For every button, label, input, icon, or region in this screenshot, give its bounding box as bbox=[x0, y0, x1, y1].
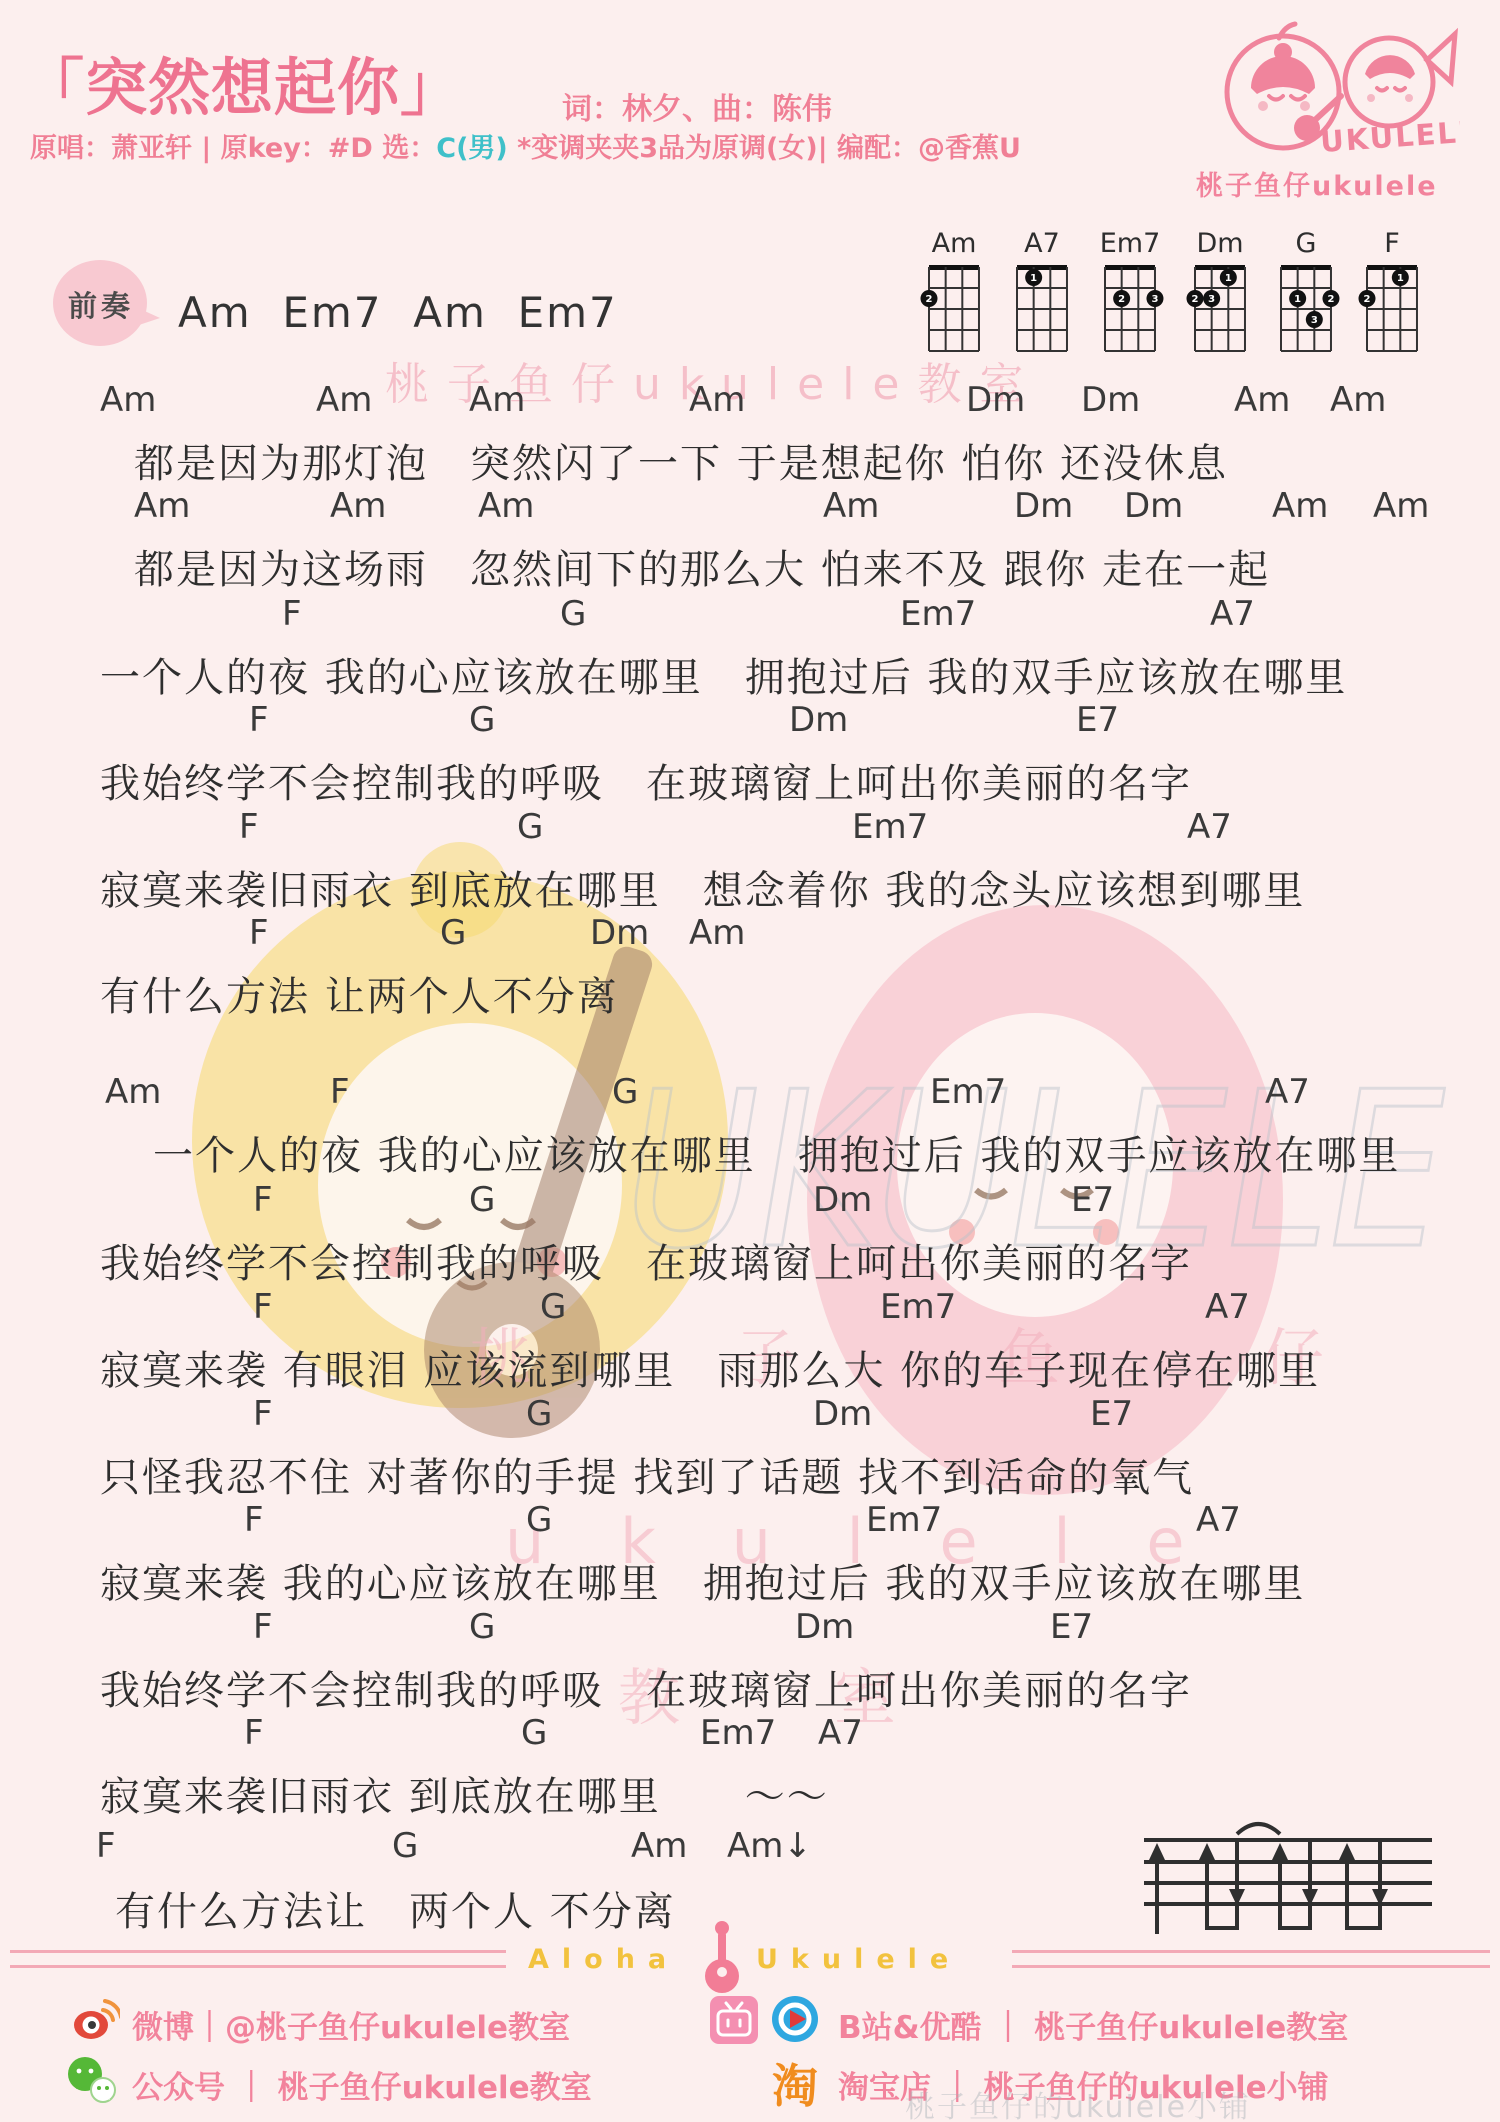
divider-line-left bbox=[10, 1950, 506, 1968]
chord-E7: E7 bbox=[1071, 1180, 1114, 1220]
chord-G: G bbox=[540, 1287, 566, 1327]
studio-logo: UKULELE bbox=[1205, 12, 1460, 162]
chord-A7: A7 bbox=[1187, 807, 1232, 847]
divider-ukulele-icon bbox=[700, 1920, 744, 1996]
chord-Am: Am bbox=[689, 913, 745, 953]
youku-icon bbox=[770, 1994, 820, 2044]
chord-A7: A7 bbox=[1210, 594, 1255, 634]
chord-G: G bbox=[521, 1713, 547, 1753]
chord-F: F bbox=[253, 1394, 273, 1434]
chord-Am: Am bbox=[823, 486, 879, 526]
chord-A7: A7 bbox=[1205, 1287, 1250, 1327]
chord-diagram-A7: A71 bbox=[1004, 228, 1080, 361]
fretboard-grid: 12 bbox=[1354, 261, 1430, 357]
chord-F: F bbox=[253, 1287, 273, 1327]
chord-F: F bbox=[249, 700, 269, 740]
lyric-line: 我始终学不会控制我的呼吸 在玻璃窗上呵出你美丽的名字 bbox=[100, 752, 1192, 809]
fretboard-grid: 123 bbox=[1268, 261, 1344, 357]
fretboard-grid: 23 bbox=[1092, 261, 1168, 357]
chord-G: G bbox=[517, 807, 543, 847]
svg-text:2: 2 bbox=[1327, 294, 1334, 305]
title-credits: 词：林夕、曲：陈伟 bbox=[562, 84, 832, 128]
lyric-line: 寂寞来袭旧雨衣 到底放在哪里 ～～ bbox=[100, 1765, 829, 1822]
weibo-icon bbox=[70, 1994, 120, 2044]
chord-diagram-label: F bbox=[1354, 228, 1430, 259]
chord-Em7: Em7 bbox=[866, 1500, 942, 1540]
chord-E7: E7 bbox=[1076, 700, 1119, 740]
chord-G: G bbox=[440, 913, 466, 953]
lyric-line: 寂寞来袭 我的心应该放在哪里 拥抱过后 我的双手应该放在哪里 bbox=[100, 1552, 1305, 1609]
chord-G: G bbox=[526, 1394, 552, 1434]
chord-Am↓: Am↓ bbox=[727, 1826, 812, 1866]
chord-Em7: Em7 bbox=[880, 1287, 956, 1327]
chord-G: G bbox=[469, 700, 495, 740]
chord-F: F bbox=[96, 1826, 116, 1866]
chord-diagram-F: F12 bbox=[1354, 228, 1430, 361]
chord-Dm: Dm bbox=[813, 1180, 872, 1220]
chord-A7: A7 bbox=[1265, 1072, 1310, 1112]
chord-Am: Am bbox=[105, 1072, 161, 1112]
chord-Em7: Em7 bbox=[700, 1713, 776, 1753]
lyric-line: 都是因为这场雨 忽然间下的那么大 怕来不及 跟你 走在一起 bbox=[134, 538, 1270, 595]
chord-G: G bbox=[392, 1826, 418, 1866]
intro-label: 前奏 bbox=[26, 284, 176, 325]
svg-text:2: 2 bbox=[1192, 294, 1199, 305]
chord-Am: Am bbox=[1373, 486, 1429, 526]
chord-Dm: Dm bbox=[966, 380, 1025, 420]
chord-diagram-Dm: Dm123 bbox=[1182, 228, 1258, 361]
footer-weibo-label: 微博｜@桃子鱼仔ukulele教室 bbox=[132, 2002, 570, 2047]
chord-G: G bbox=[560, 594, 586, 634]
divider-line-right bbox=[1012, 1950, 1490, 1968]
chord-Am: Am bbox=[134, 486, 190, 526]
chord-diagram-label: G bbox=[1268, 228, 1344, 259]
svg-text:1: 1 bbox=[1397, 273, 1404, 284]
chord-Am: Am bbox=[100, 380, 156, 420]
lyric-line: 有什么方法 让两个人不分离 bbox=[100, 965, 619, 1022]
divider-word-right: Ukulele bbox=[756, 1944, 961, 1975]
chord-Am: Am bbox=[689, 380, 745, 420]
chord-Am: Am bbox=[1272, 486, 1328, 526]
chord-Em7: Em7 bbox=[852, 807, 928, 847]
chord-Dm: Dm bbox=[813, 1394, 872, 1434]
taobao-icon: 淘 bbox=[772, 2050, 818, 2116]
page-title: 「突然想起你」 bbox=[22, 38, 463, 127]
chord-Am: Am bbox=[478, 486, 534, 526]
chord-E7: E7 bbox=[1090, 1394, 1133, 1434]
strumming-pattern bbox=[1130, 1786, 1460, 1946]
svg-text:2: 2 bbox=[926, 294, 933, 305]
lyric-line: 一个人的夜 我的心应该放在哪里 拥抱过后 我的双手应该放在哪里 bbox=[153, 1124, 1400, 1181]
lyric-line: 只怪我忍不住 对著你的手提 找到了话题 找不到活命的氧气 bbox=[100, 1446, 1194, 1503]
chord-Dm: Dm bbox=[1124, 486, 1183, 526]
chord-Am: Am bbox=[330, 486, 386, 526]
svg-text:3: 3 bbox=[1311, 315, 1318, 326]
song-meta: 原唱：萧亚轩 | 原key：#D 选：C(男) *变调夹夹3品为原调(女)| 编… bbox=[30, 126, 1021, 165]
meta-original: 原唱：萧亚轩 | 原key：#D 选： bbox=[30, 133, 436, 164]
chord-F: F bbox=[330, 1072, 350, 1112]
logo-caption: 桃子鱼仔ukulele bbox=[1196, 164, 1438, 203]
lyric-line: 有什么方法让 两个人 不分离 bbox=[115, 1880, 676, 1937]
chord-Am: Am bbox=[1234, 380, 1290, 420]
fretboard-grid: 1 bbox=[1004, 261, 1080, 357]
watermark-bottom-gray: 桃子鱼仔的ukulele小铺 bbox=[905, 2082, 1251, 2122]
chord-Am: Am bbox=[316, 380, 372, 420]
chord-Dm: Dm bbox=[789, 700, 848, 740]
chord-E7: E7 bbox=[1050, 1607, 1093, 1647]
bilibili-icon bbox=[708, 1994, 760, 2046]
chord-G: G bbox=[469, 1180, 495, 1220]
chord-diagram-label: Dm bbox=[1182, 228, 1258, 259]
chord-diagram-G: G123 bbox=[1268, 228, 1344, 361]
wechat-icon bbox=[64, 2052, 118, 2106]
chord-F: F bbox=[249, 913, 269, 953]
svg-text:1: 1 bbox=[1030, 273, 1037, 284]
chord-F: F bbox=[253, 1607, 273, 1647]
chord-G: G bbox=[526, 1500, 552, 1540]
svg-text:2: 2 bbox=[1364, 294, 1371, 305]
chord-Dm: Dm bbox=[590, 913, 649, 953]
svg-text:2: 2 bbox=[1118, 294, 1125, 305]
svg-text:3: 3 bbox=[1151, 294, 1158, 305]
lyric-line: 我始终学不会控制我的呼吸 在玻璃窗上呵出你美丽的名字 bbox=[100, 1232, 1192, 1289]
chord-Dm: Dm bbox=[795, 1607, 854, 1647]
chord-Am: Am bbox=[469, 380, 525, 420]
chord-Dm: Dm bbox=[1081, 380, 1140, 420]
svg-text:1: 1 bbox=[1294, 294, 1301, 305]
chord-G: G bbox=[469, 1607, 495, 1647]
svg-text:3: 3 bbox=[1208, 294, 1215, 305]
chord-G: G bbox=[612, 1072, 638, 1112]
chord-F: F bbox=[253, 1180, 273, 1220]
chord-Am: Am bbox=[1330, 380, 1386, 420]
intro-chords: Am Em7 Am Em7 bbox=[178, 288, 618, 337]
chord-F: F bbox=[244, 1500, 264, 1540]
meta-selected-key: C(男) bbox=[436, 133, 508, 164]
chord-diagram-label: Am bbox=[916, 228, 992, 259]
footer-wechat-label: 公众号 ｜ 桃子鱼仔ukulele教室 bbox=[132, 2062, 592, 2107]
lyric-line: 寂寞来袭旧雨衣 到底放在哪里 想念着你 我的念头应该想到哪里 bbox=[100, 859, 1305, 916]
chord-F: F bbox=[239, 807, 259, 847]
logo-word: UKULELE bbox=[1319, 114, 1460, 159]
svg-text:1: 1 bbox=[1225, 273, 1232, 284]
lyric-line: 都是因为那灯泡 突然闪了一下 于是想起你 怕你 还没休息 bbox=[134, 432, 1228, 489]
chord-diagram-label: Em7 bbox=[1092, 228, 1168, 259]
chord-A7: A7 bbox=[818, 1713, 863, 1753]
chord-diagram-label: A7 bbox=[1004, 228, 1080, 259]
lyric-line: 一个人的夜 我的心应该放在哪里 拥抱过后 我的双手应该放在哪里 bbox=[100, 646, 1347, 703]
chord-Em7: Em7 bbox=[930, 1072, 1006, 1112]
fretboard-grid: 123 bbox=[1182, 261, 1258, 357]
lyric-line: 我始终学不会控制我的呼吸 在玻璃窗上呵出你美丽的名字 bbox=[100, 1659, 1192, 1716]
fretboard-grid: 2 bbox=[916, 261, 992, 357]
divider-word-left: Aloha bbox=[528, 1944, 679, 1975]
footer-bilibili-youku-label: B站&优酷 ｜ 桃子鱼仔ukulele教室 bbox=[838, 2002, 1348, 2047]
chord-diagram-Am: Am2 bbox=[916, 228, 992, 361]
meta-capo-note: *变调夹夹3品为原调(女)| 编配：@香蕉U bbox=[508, 133, 1021, 164]
chord-Dm: Dm bbox=[1014, 486, 1073, 526]
chord-F: F bbox=[244, 1713, 264, 1753]
lyric-line: 寂寞来袭 有眼泪 应该流到哪里 雨那么大 你的车子现在停在哪里 bbox=[100, 1339, 1320, 1396]
chord-A7: A7 bbox=[1196, 1500, 1241, 1540]
chord-F: F bbox=[282, 594, 302, 634]
chord-Em7: Em7 bbox=[900, 594, 976, 634]
chord-diagram-Em7: Em723 bbox=[1092, 228, 1168, 361]
chord-Am: Am bbox=[631, 1826, 687, 1866]
chord-sheet-page: UKULELE 桃子鱼仔ukulele教室 桃 子 鱼 仔 u k u l e … bbox=[0, 0, 1500, 2122]
